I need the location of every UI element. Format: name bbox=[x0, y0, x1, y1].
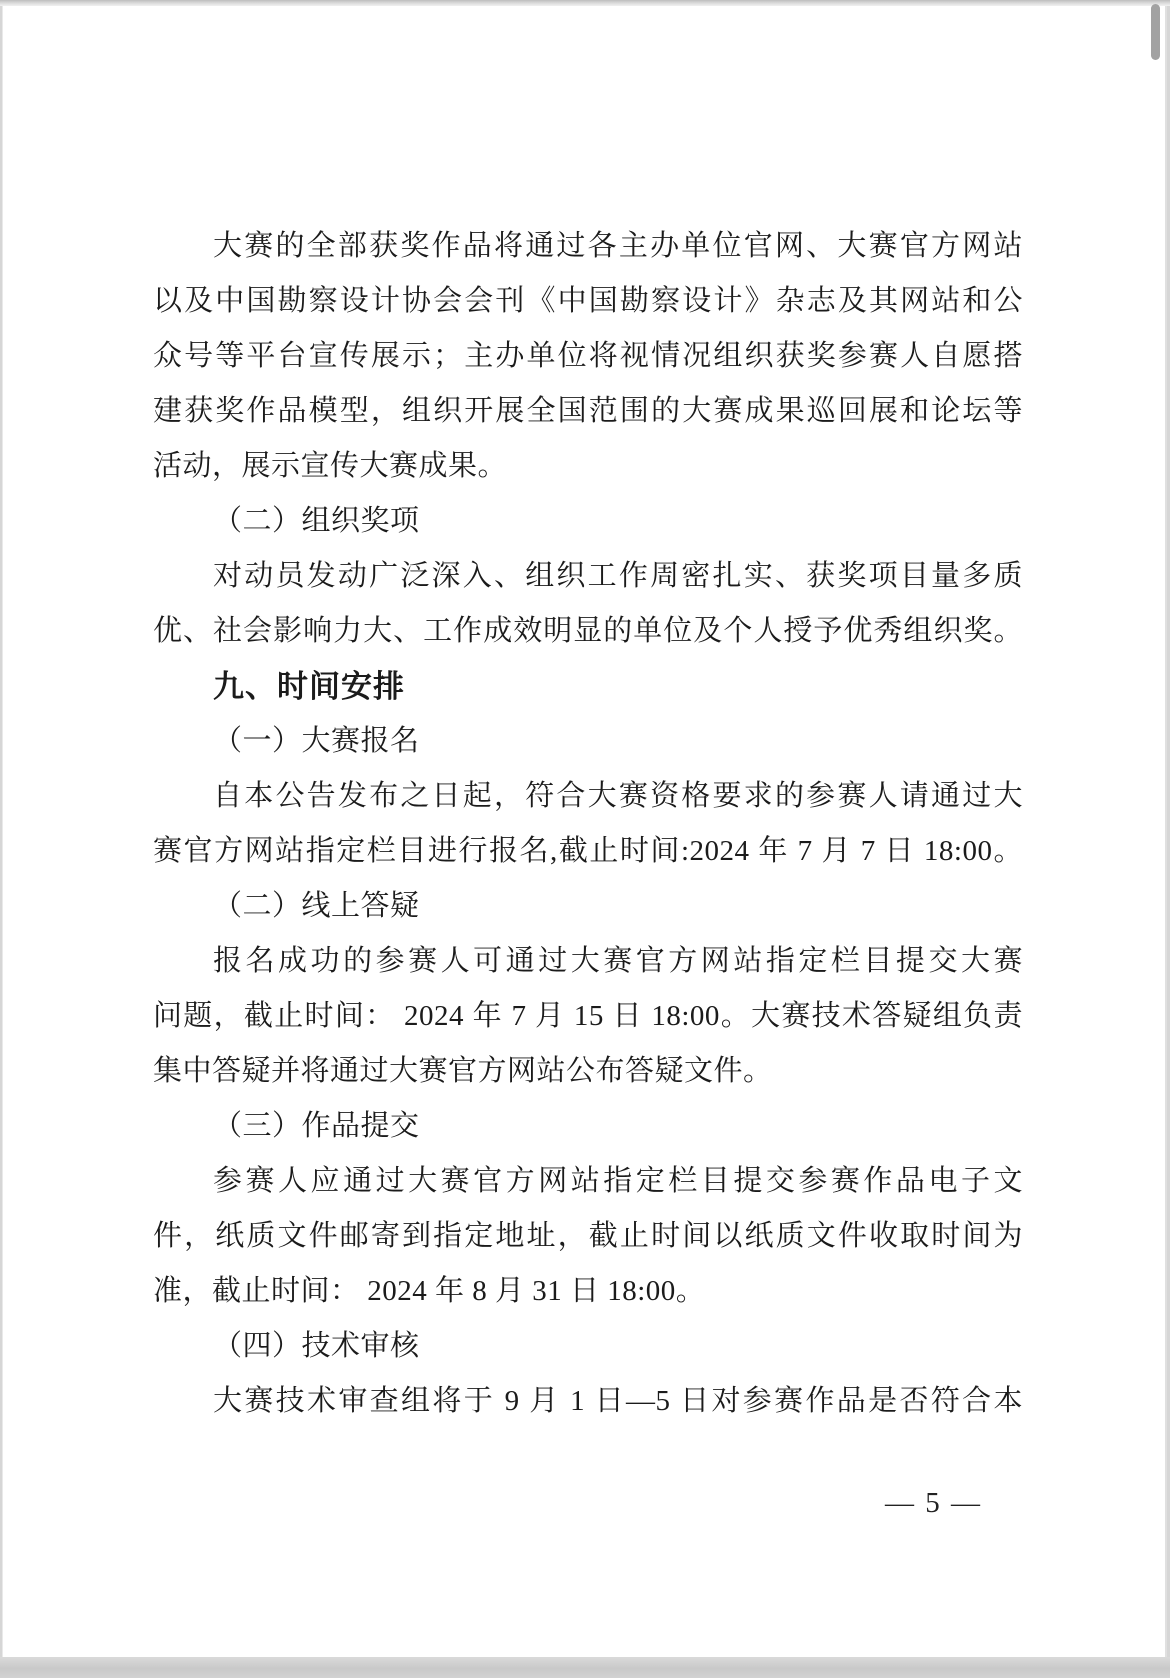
page-number: — 5 — bbox=[885, 1487, 982, 1520]
section-heading-online-qa: （二）线上答疑 bbox=[153, 879, 1023, 934]
section-heading-submission: （三）作品提交 bbox=[153, 1099, 1023, 1154]
document-line: 集中答疑并将通过大赛官方网站公布答疑文件。 bbox=[153, 1044, 1023, 1099]
section-heading-organization-award: （二）组织奖项 bbox=[153, 494, 1023, 549]
document-line: 报名成功的参赛人可通过大赛官方网站指定栏目提交大赛 bbox=[153, 934, 1023, 989]
document-line: 参赛人应通过大赛官方网站指定栏目提交参赛作品电子文 bbox=[153, 1154, 1023, 1209]
document-line: 大赛技术审查组将于 9 月 1 日—5 日对参赛作品是否符合本 bbox=[153, 1374, 1023, 1429]
document-line: 以及中国勘察设计协会会刊《中国勘察设计》杂志及其网站和公 bbox=[153, 274, 1023, 329]
document-line: 件，纸质文件邮寄到指定地址，截止时间以纸质文件收取时间为 bbox=[153, 1209, 1023, 1264]
chapter-heading-schedule: 九、时间安排 bbox=[153, 659, 1023, 714]
document-line: 问题，截止时间： 2024 年 7 月 15 日 18:00。大赛技术答疑组负责 bbox=[153, 989, 1023, 1044]
scrollbar-thumb[interactable] bbox=[1151, 4, 1160, 60]
document-line: 建获奖作品模型，组织开展全国范围的大赛成果巡回展和论坛等 bbox=[153, 384, 1023, 439]
document-line: 大赛的全部获奖作品将通过各主办单位官网、大赛官方网站 bbox=[153, 219, 1023, 274]
top-shadow-strip bbox=[0, 0, 1170, 6]
section-heading-registration: （一）大赛报名 bbox=[153, 714, 1023, 769]
document-page: 大赛的全部获奖作品将通过各主办单位官网、大赛官方网站 以及中国勘察设计协会会刊《… bbox=[2, 5, 1167, 1657]
document-body: 大赛的全部获奖作品将通过各主办单位官网、大赛官方网站 以及中国勘察设计协会会刊《… bbox=[153, 219, 1023, 1429]
document-line: 众号等平台宣传展示；主办单位将视情况组织获奖参赛人自愿搭 bbox=[153, 329, 1023, 384]
document-line: 赛官方网站指定栏目进行报名,截止时间:2024 年 7 月 7 日 18:00。 bbox=[153, 824, 1023, 879]
page-gap-bar bbox=[0, 1657, 1170, 1678]
document-line: 优、社会影响力大、工作成效明显的单位及个人授予优秀组织奖。 bbox=[153, 604, 1023, 659]
document-line: 准，截止时间： 2024 年 8 月 31 日 18:00。 bbox=[153, 1264, 1023, 1319]
document-line: 自本公告发布之日起，符合大赛资格要求的参赛人请通过大 bbox=[153, 769, 1023, 824]
section-heading-technical-review: （四）技术审核 bbox=[153, 1319, 1023, 1374]
document-line: 对动员发动广泛深入、组织工作周密扎实、获奖项目量多质 bbox=[153, 549, 1023, 604]
document-line: 活动，展示宣传大赛成果。 bbox=[153, 439, 1023, 494]
